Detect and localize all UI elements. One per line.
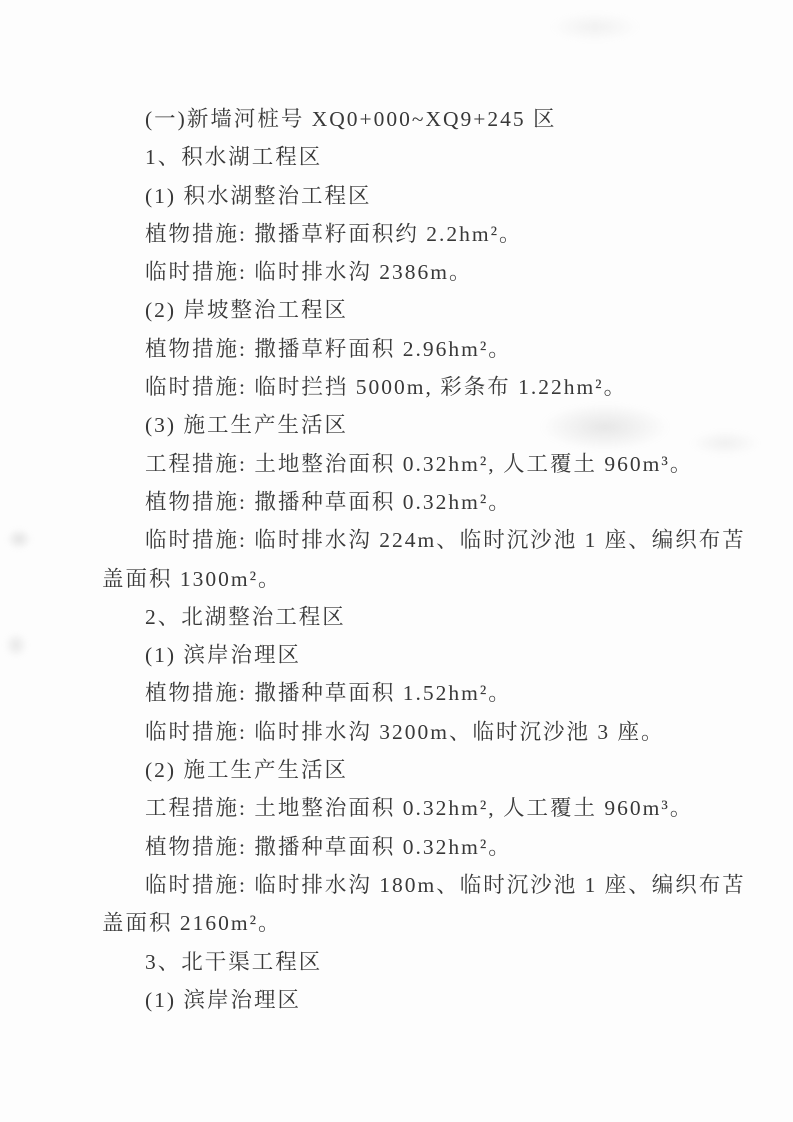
text-line-continuation: 盖面积 1300m²。 [102,560,717,598]
subsection-heading: 3、北干渠工程区 [102,943,717,981]
scan-smudge [6,528,32,550]
item-heading: (1) 积水湖整治工程区 [102,177,717,215]
document-text-block: (一)新墙河桩号 XQ0+000~XQ9+245 区 1、积水湖工程区 (1) … [102,100,717,1019]
text-line: 临时措施: 临时拦挡 5000m, 彩条布 1.22hm²。 [102,368,717,406]
text-line-continuation: 盖面积 2160m²。 [102,904,717,942]
subsection-heading: 1、积水湖工程区 [102,138,717,176]
scan-smudge [4,632,28,658]
text-line: 临时措施: 临时排水沟 3200m、临时沉沙池 3 座。 [102,713,717,751]
item-heading: (2) 岸坡整治工程区 [102,291,717,329]
text-line: 植物措施: 撒播草籽面积 2.96hm²。 [102,330,717,368]
text-line: 临时措施: 临时排水沟 180m、临时沉沙池 1 座、编织布苫 [102,866,717,904]
text-line: 植物措施: 撒播种草面积 0.32hm²。 [102,828,717,866]
item-heading: (2) 施工生产生活区 [102,751,717,789]
item-heading: (1) 滨岸治理区 [102,981,717,1019]
subsection-heading: 2、北湖整治工程区 [102,598,717,636]
section-heading: (一)新墙河桩号 XQ0+000~XQ9+245 区 [102,100,717,138]
text-line: 临时措施: 临时排水沟 224m、临时沉沙池 1 座、编织布苫 [102,521,717,559]
text-line: 植物措施: 撒播草籽面积约 2.2hm²。 [102,215,717,253]
item-heading: (3) 施工生产生活区 [102,406,717,444]
text-line: 临时措施: 临时排水沟 2386m。 [102,253,717,291]
text-line: 工程措施: 土地整治面积 0.32hm², 人工覆土 960m³。 [102,445,717,483]
scanned-document-page: (一)新墙河桩号 XQ0+000~XQ9+245 区 1、积水湖工程区 (1) … [0,0,793,1122]
text-line: 植物措施: 撒播种草面积 0.32hm²。 [102,483,717,521]
text-line: 植物措施: 撒播种草面积 1.52hm²。 [102,674,717,712]
item-heading: (1) 滨岸治理区 [102,636,717,674]
scan-smudge [550,12,640,42]
text-line: 工程措施: 土地整治面积 0.32hm², 人工覆土 960m³。 [102,789,717,827]
